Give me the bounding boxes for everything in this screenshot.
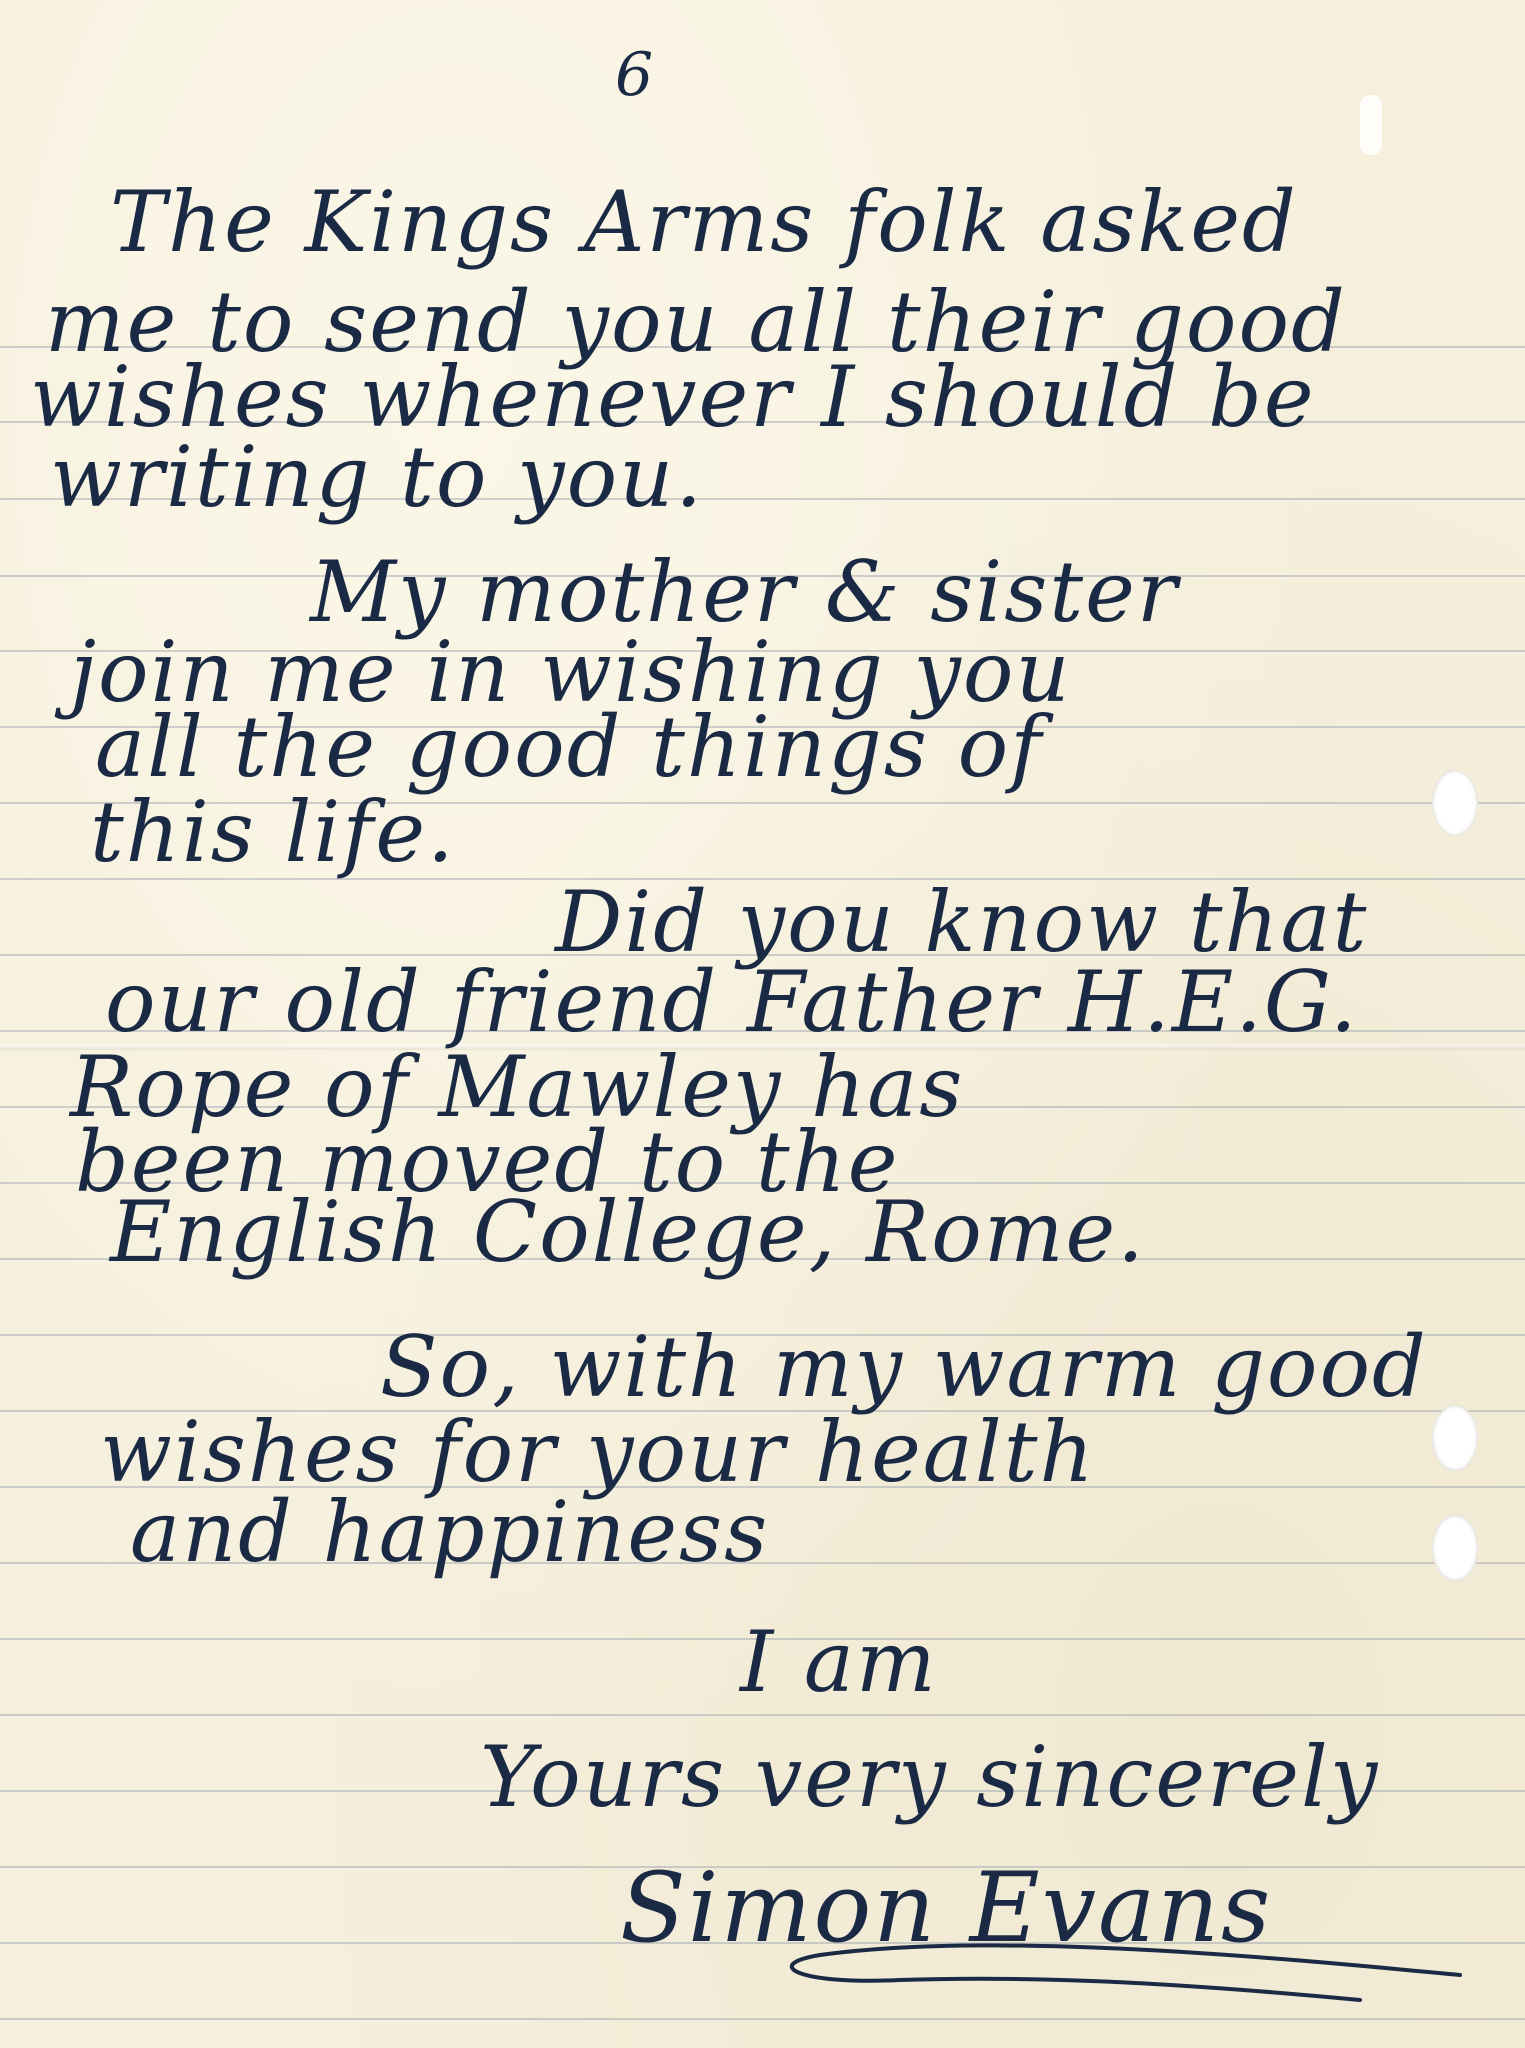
letter-page: 6 The Kings Arms folk asked me to send y…: [0, 0, 1525, 2048]
signature-flourish-icon: [0, 0, 1525, 2048]
